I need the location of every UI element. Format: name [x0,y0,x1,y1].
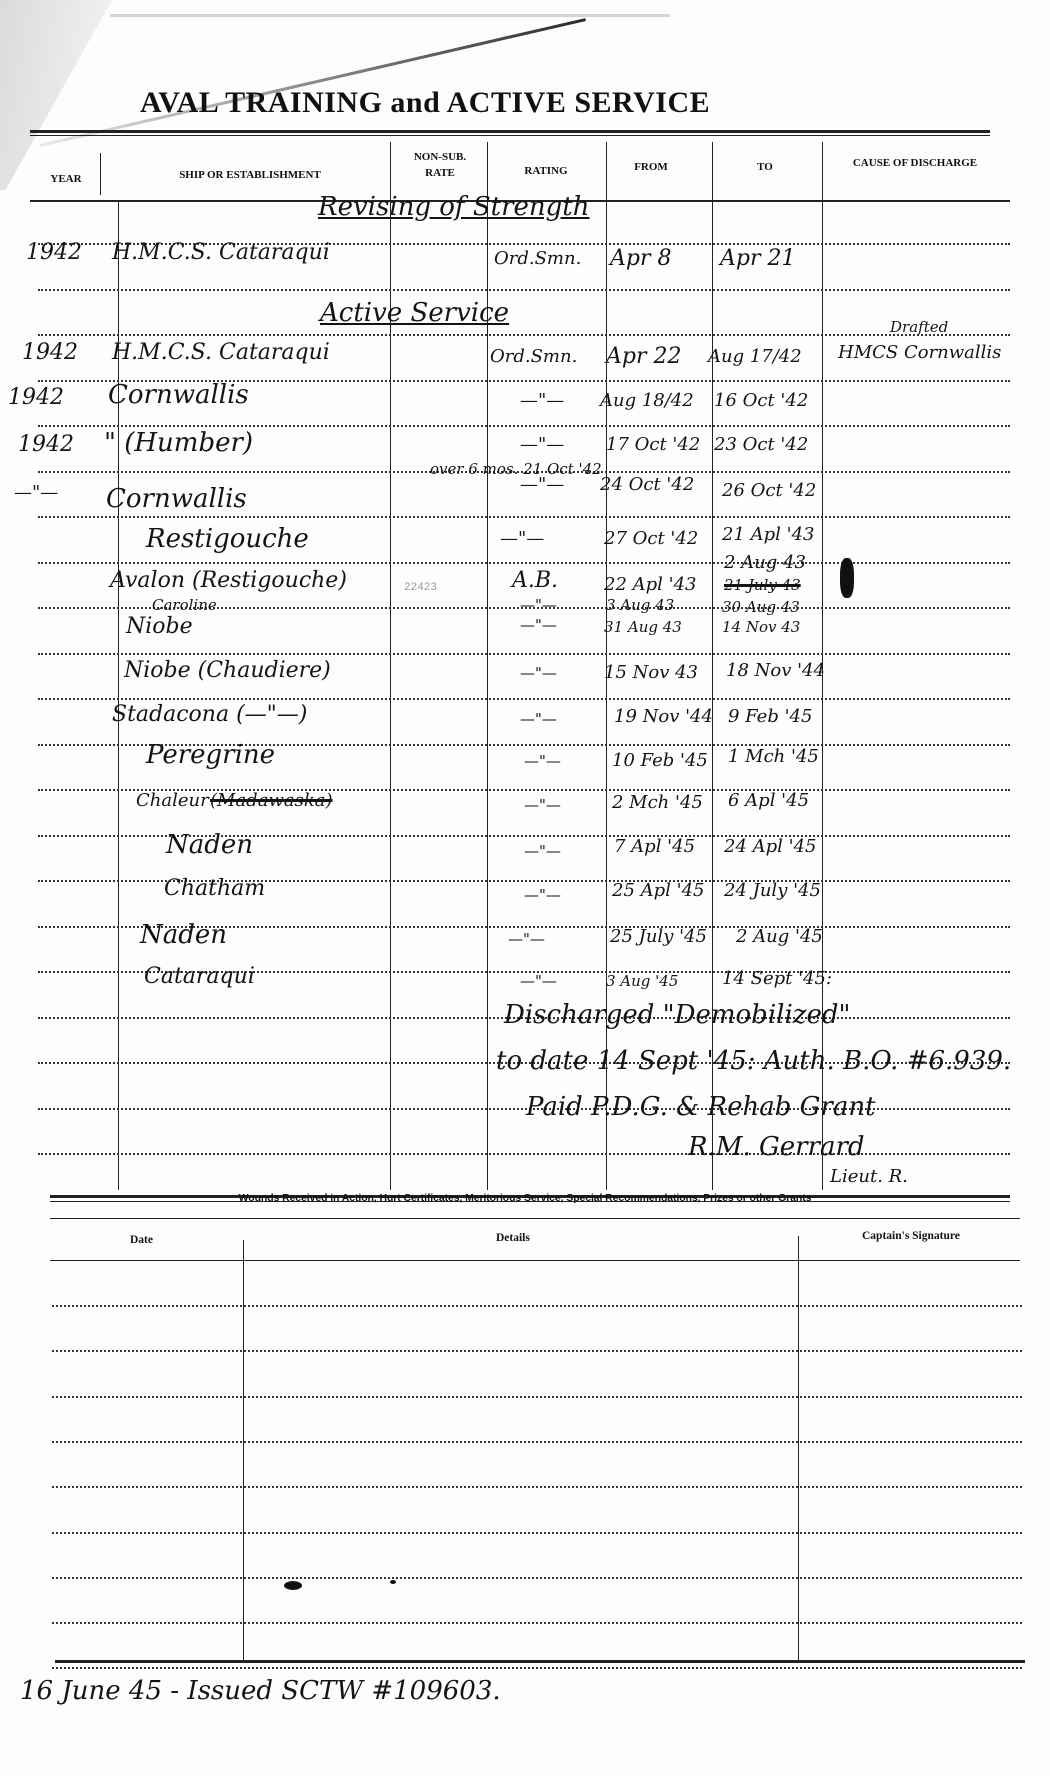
row-ship: H.M.C.S. Cataraqui [112,240,330,265]
row-ship: Chaleur [136,790,209,811]
row-ship: Cornwallis [108,380,249,410]
row-ship: Cataraqui [144,964,255,989]
awards-row-ruling [52,1622,1022,1624]
row-rating: A.B. [512,568,558,593]
row-ruling [38,334,1010,336]
row-ship: Cornwallis [106,484,247,514]
row-non-sub-rate: 22423 [404,582,437,594]
row-ship-struck: (Madawaska) [210,790,332,811]
row-rating: Ord.Smn. [490,346,577,367]
discharge-note-line2: to date 14 Sept '45: Auth. B.O. #6.939. [496,1046,1011,1076]
table-top-rule [30,130,990,133]
awards-row-ruling [52,1396,1022,1398]
row-from: Apr 22 [606,344,681,369]
row-from: 27 Oct '42 [604,528,698,549]
row-to: 24 Apl '45 [724,836,816,857]
row-to: 26 Oct '42 [722,480,816,501]
row-rating: —"— [524,796,561,814]
row-ship: Peregrine [146,740,275,770]
row-to: 6 Apl '45 [728,790,809,811]
row-from: 22 Apl '43 [604,574,696,595]
awards-title-rule [50,1218,1020,1219]
row-rating: —"— [520,434,564,455]
page-crease [40,18,586,147]
table-top-rule-inner [30,135,990,136]
ink-speck [390,1580,396,1584]
ink-initials [840,558,854,598]
row-to: 18 Nov '44 [726,660,825,681]
awards-header-details: Details [496,1232,530,1244]
row-rating: —"— [524,886,561,904]
row-to: 9 Feb '45 [728,706,812,727]
row-rating: —"— [520,710,557,728]
row-to: 1 Mch '45 [728,746,819,767]
row-from: 7 Apl '45 [614,836,695,857]
row-ship: Naden [140,920,227,950]
row-rating: —"— [524,752,561,770]
row-to: 14 Nov 43 [722,618,800,636]
row-to: 23 Oct '42 [714,434,808,455]
row-to: 16 Oct '42 [714,390,808,411]
row-to: Aug 17/42 [708,346,802,367]
ink-blot [284,1581,302,1590]
awards-row-ruling [52,1350,1022,1352]
officer-signature: R.M. Gerrard [688,1132,865,1162]
document-title: AVAL TRAINING and ACTIVE SERVICE [140,86,710,120]
col-line-from [712,142,713,1190]
row-to: 14 Sept '45: [722,968,832,989]
row-ship: Niobe (Chaudiere) [124,658,331,683]
awards-col-line-date [243,1240,244,1660]
header-ship: SHIP OR ESTABLISHMENT [100,168,400,183]
row-ruling [38,562,1010,564]
officer-signature-title: Lieut. R. [830,1166,908,1187]
section-heading-active: Active Service [320,298,509,328]
row-ship: Avalon (Restigouche) [110,568,347,593]
section-heading-revising: Revising of Strength [318,192,589,222]
row-year: —"— [14,482,58,503]
row-from: 3 Aug 43 [606,596,674,614]
row-from: 10 Feb '45 [612,750,708,771]
row-rating: —"— [520,664,557,682]
awards-header-signature: Captain's Signature [862,1230,960,1242]
awards-col-line-details [798,1236,799,1660]
row-from: 17 Oct '42 [606,434,700,455]
row-year: 1942 [8,385,64,410]
row-from: 3 Aug '45 [606,972,678,990]
folded-page-corner [0,0,112,190]
col-line-year-hdr [100,153,101,195]
row-ship: Naden [166,830,253,860]
awards-section-title: Wounds Received in Action, Hurt Certific… [0,1192,1050,1204]
row-rating: Ord.Smn. [494,248,581,269]
row-rating: —"— [500,528,544,549]
row-from: Apr 8 [610,246,671,271]
row-cause: HMCS Cornwallis [838,342,1001,363]
row-note: over 6 mos. 21 Oct '42 [430,460,602,478]
row-cause-line1: Drafted [890,318,948,336]
awards-header-date: Date [130,1234,153,1246]
page-edge-shadow [110,14,670,17]
row-from: 25 Apl '45 [612,880,704,901]
row-rating: —"— [520,390,564,411]
row-rating: —"— [520,616,557,634]
row-from: 24 Oct '42 [600,474,694,495]
row-to: 30 Aug 43 [722,598,800,616]
row-ship: Restigouche [146,524,309,554]
row-to: 24 July '45 [724,880,821,901]
header-non-sub-rate-1: NON-SUB. [392,150,488,165]
row-from: 19 Nov '44 [614,706,713,727]
row-rating: —"— [508,930,545,948]
row-ship: Chatham [164,876,265,901]
row-ship-line1: Caroline [152,596,217,614]
row-to: Apr 21 [720,246,795,271]
row-ship: " (Humber) [104,428,253,458]
awards-row-ruling [52,1532,1022,1534]
awards-row-ruling [52,1441,1022,1443]
awards-row-ruling [52,1577,1022,1579]
row-to: 2 Aug 43 [724,552,806,573]
discharge-note-line3: Paid P.D.G. & Rehab Grant [526,1092,876,1122]
header-cause: CAUSE OF DISCHARGE [822,156,1008,171]
header-rating: RATING [486,164,606,179]
row-from: 25 July '45 [610,926,707,947]
row-ruling [38,425,1010,427]
footer-handwritten-note: 16 June 45 - Issued SCTW #109603. [20,1676,501,1706]
discharge-note-line1: Discharged "Demobilized" [504,1000,850,1030]
awards-header-rule [50,1260,1020,1261]
row-ruling [38,516,1010,518]
row-year: 1942 [22,340,78,365]
row-year: 1942 [18,432,74,457]
row-to: 21 Apl '43 [722,524,814,545]
row-ship: H.M.C.S. Cataraqui [112,340,330,365]
header-from: FROM [596,160,706,175]
row-rating: —"— [520,474,564,495]
row-from: 2 Mch '45 [612,792,703,813]
row-ruling [38,289,1010,291]
row-to-struck: 21 July 43 [724,576,801,594]
row-ruling [38,698,1010,700]
row-rating: —"— [520,972,557,990]
header-non-sub-rate-2: RATE [392,166,488,181]
awards-row-ruling [52,1486,1022,1488]
row-from: Aug 18/42 [600,390,694,411]
row-to: 2 Aug '45 [736,926,823,947]
row-ruling [38,653,1010,655]
row-ship: Niobe [126,614,193,639]
row-ship: Stadacona (—"—) [112,702,307,727]
row-year: 1942 [26,240,82,265]
row-rating: —"— [520,596,557,614]
row-from: 31 Aug 43 [604,618,682,636]
awards-row-ruling [52,1305,1022,1307]
header-to: TO [710,160,820,175]
awards-row-ruling [52,1667,1022,1669]
awards-bottom-rule [55,1660,1025,1663]
row-rating: —"— [524,842,561,860]
header-year: Year [36,172,96,187]
row-from: 15 Nov 43 [604,662,698,683]
